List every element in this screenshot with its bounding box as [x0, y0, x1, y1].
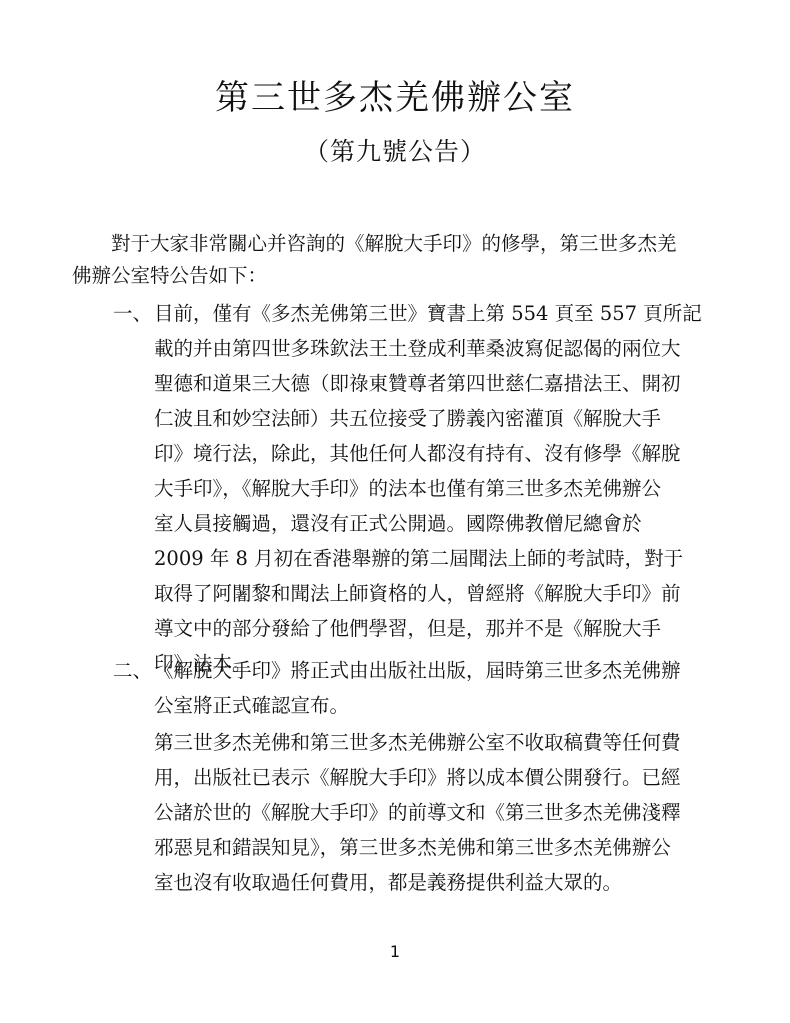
item-line: 2009 年 8 月初在香港舉辦的第二屆聞法上師的考試時，對于: [154, 546, 683, 572]
item-line: 聖德和道果三大德（即祿東贊尊者第四世慈仁嘉措法王、開初: [154, 371, 681, 397]
closing-line: 公諸於世的《解脫大手印》的前導文和《第三世多杰羌佛淺釋: [154, 800, 681, 826]
closing-line: 第三世多杰羌佛和第三世多杰羌佛辦公室不收取稿費等任何費: [154, 730, 681, 756]
closing-line: 室也沒有收取過任何費用，都是義務提供利益大眾的。: [154, 870, 622, 896]
item-line: 室人員接觸過，還沒有正式公開過。國際佛教僧尼總會於: [154, 511, 642, 537]
item-line: 載的并由第四世多珠欽法王土登成利華桑波寫促認偈的兩位大: [154, 336, 681, 362]
item-line: 導文中的部分發給了他們學習，但是，那并不是《解脫大手: [154, 616, 661, 642]
item-line: 大手印》，《解脫大手印》的法本也僅有第三世多杰羌佛辦公: [154, 476, 661, 502]
closing-line: 邪惡見和錯誤知見》，第三世多杰羌佛和第三世多杰羌佛辦公: [154, 835, 671, 861]
item-line: 印》境行法，除此，其他任何人都沒有持有、沒有修學《解脫: [154, 441, 681, 467]
page-number: 1: [0, 942, 790, 961]
intro-line: 佛辦公室特公告如下：: [72, 263, 267, 289]
intro-line: 對于大家非常關心并咨詢的《解脫大手印》的修學，第三世多杰羌: [111, 231, 677, 257]
document-title: 第三世多杰羌佛辦公室: [0, 76, 790, 120]
item-marker: 一、: [113, 301, 152, 327]
item-line: 目前，僅有《多杰羌佛第三世》寶書上第 554 頁至 557 頁所記: [154, 301, 702, 327]
item-line: 《解脫大手印》將正式由出版社出版，屆時第三世多杰羌佛辦: [154, 658, 681, 684]
closing-line: 用，出版社已表示《解脫大手印》將以成本價公開發行。已經: [154, 765, 681, 791]
item-line: 取得了阿闍黎和聞法上師資格的人，曾經將《解脫大手印》前: [154, 581, 681, 607]
item-line: 公室將正式確認宣布。: [154, 693, 349, 719]
item-marker: 二、: [113, 658, 152, 684]
announcement-number: （第九號公告）: [0, 134, 790, 170]
item-line: 仁波且和妙空法師）共五位接受了勝義內密灌頂《解脫大手: [154, 406, 661, 432]
